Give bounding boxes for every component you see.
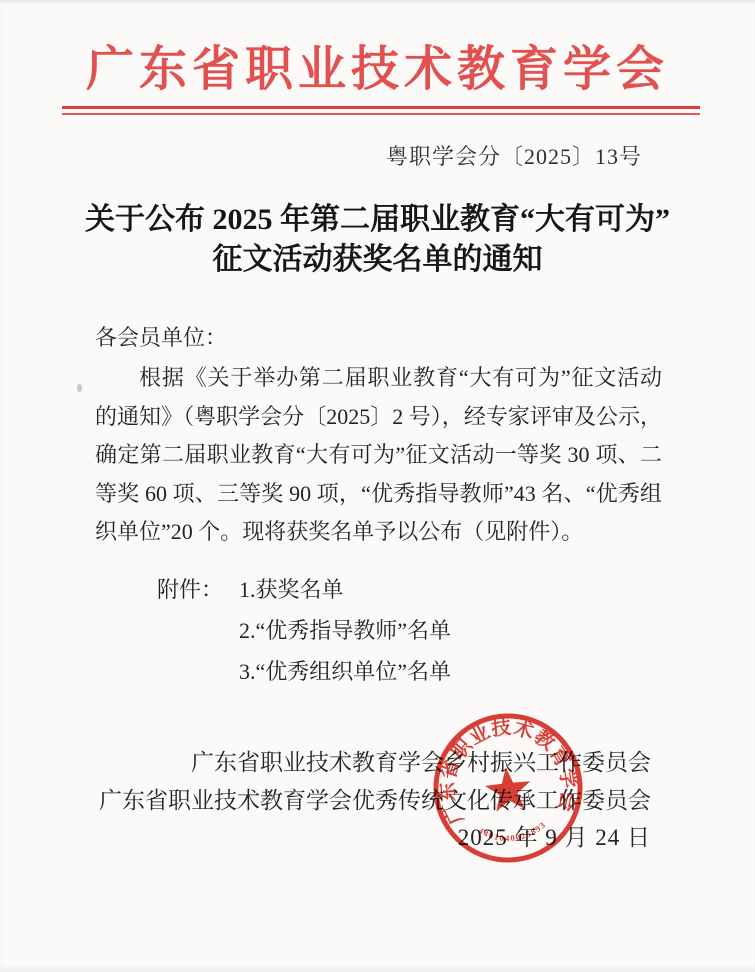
attachment-item: 2.“优秀指导教师”名单 (239, 610, 451, 651)
letterhead-divider (62, 106, 700, 115)
attachment-item: 3.“优秀组织单位”名单 (239, 651, 451, 692)
divider-thin-line (62, 113, 700, 115)
document-number: 粤职学会分〔2025〕13号 (386, 140, 642, 171)
document-date: 2025 年 9 月 24 日 (99, 819, 651, 857)
attachments-label: 附件： (157, 569, 223, 610)
body-paragraph: 根据《关于举办第二届职业教育“大有可为”征文活动的通知》（粤职学会分〔2025〕… (95, 359, 662, 552)
scan-bottom-shade (0, 964, 755, 972)
attachments-list: 1.获奖名单 2.“优秀指导教师”名单 3.“优秀组织单位”名单 (239, 569, 451, 692)
letterhead-org-title: 广东省职业技术教育学会 (0, 30, 755, 99)
attachments-block: 附件： 1.获奖名单 2.“优秀指导教师”名单 3.“优秀组织单位”名单 (157, 569, 451, 692)
document-body: 各会员单位： 根据《关于举办第二届职业教育“大有可为”征文活动的通知》（粤职学会… (95, 319, 662, 552)
document-title: 关于公布 2025 年第二届职业教育“大有可为” 征文活动获奖名单的通知 (0, 200, 755, 280)
signature-line-2: 广东省职业技术教育学会优秀传统文化传承工作委员会 (99, 782, 651, 820)
salutation: 各会员单位： (95, 319, 662, 357)
scan-artifact-speck (77, 384, 82, 392)
document-title-line-1: 关于公布 2025 年第二届职业教育“大有可为” (0, 200, 755, 240)
scanned-document-page: 广东省职业技术教育学会 粤职学会分〔2025〕13号 关于公布 2025 年第二… (0, 0, 755, 972)
divider-thick-line (62, 106, 700, 109)
document-title-line-2: 征文活动获奖名单的通知 (0, 240, 755, 280)
attachment-item: 1.获奖名单 (239, 569, 451, 610)
signature-line-1: 广东省职业技术教育学会乡村振兴工作委员会 (99, 744, 651, 782)
signature-block: 广东省职业技术教育学会乡村振兴工作委员会 广东省职业技术教育学会优秀传统文化传承… (99, 744, 651, 857)
